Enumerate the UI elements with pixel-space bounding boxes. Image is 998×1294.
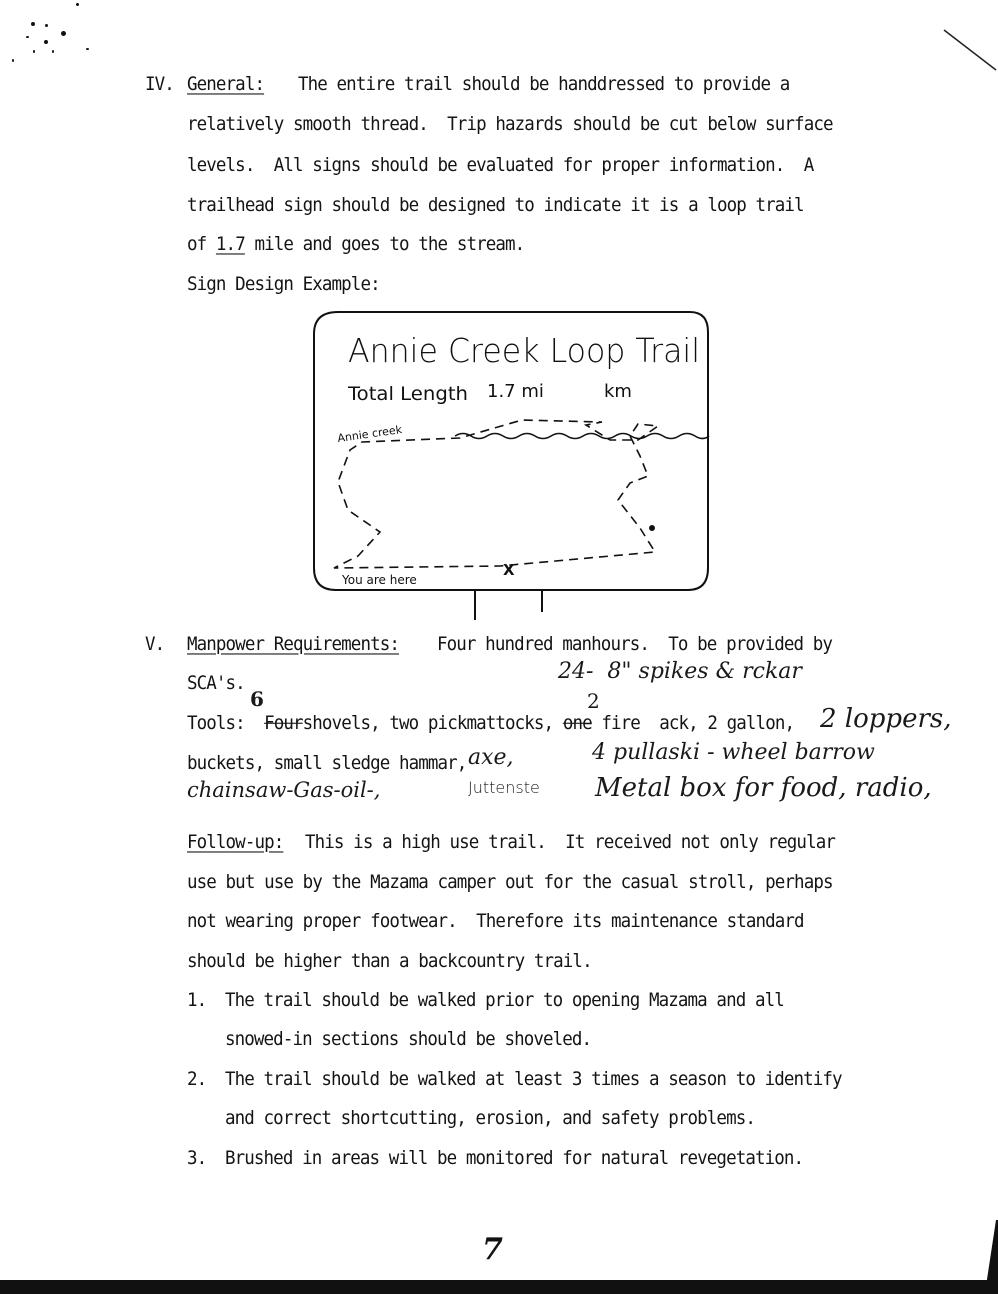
tools-text: shovels, two pickmattocks,: [303, 713, 563, 735]
tools-text: fire ack, 2 gallon,: [592, 713, 794, 735]
handwritten-pulaski-wheelbarrow: 4 pullaski - wheel barrow: [592, 740, 875, 765]
scan-speck: [33, 50, 35, 53]
scan-speck: [26, 36, 29, 38]
tools-line: Tools: Fourshovels, two pickmattocks, on…: [187, 713, 794, 735]
section-iv-line: The entire trail should be handdressed t…: [298, 74, 789, 96]
section-v-heading: Manpower Requirements:: [187, 634, 399, 656]
tools-struck-one: one: [563, 713, 592, 735]
scan-speck: [12, 59, 14, 62]
trail-length-value: 1.7: [216, 234, 245, 256]
follow-up-line: not wearing proper footwear. Therefore i…: [187, 911, 804, 933]
section-iv-line: levels. All signs should be evaluated fo…: [187, 155, 813, 177]
tools-line-2: buckets, small sledge hammar,: [187, 753, 466, 775]
section-v-line: Four hundred manhours. To be provided by: [437, 634, 832, 656]
scan-speck: [31, 22, 35, 26]
loop-trail-path: [334, 420, 658, 568]
section-iv-last-line: of 1.7 mile and goes to the stream.: [187, 234, 524, 256]
scan-speck: [76, 3, 79, 6]
scan-speck: [44, 40, 48, 44]
sign-title: Annie Creek Loop Trail: [348, 331, 700, 370]
section-v-numeral: V.: [145, 634, 164, 656]
sign-length-label: Total Length: [347, 383, 468, 405]
tools-struck-four: Four: [264, 713, 303, 735]
page-number: 7: [482, 1232, 503, 1267]
follow-up-line: should be higher than a backcountry trai…: [187, 951, 592, 973]
list-item-number: 1.: [187, 990, 206, 1012]
list-item: snowed-in sections should be shoveled.: [225, 1029, 591, 1051]
list-item-number: 3.: [187, 1148, 206, 1170]
sign-length-unit-alt: km: [604, 381, 632, 402]
list-item: and correct shortcutting, erosion, and s…: [225, 1108, 755, 1130]
handwritten-six: 6: [250, 687, 264, 711]
list-item-number: 2.: [187, 1069, 206, 1091]
you-are-here-marker: X: [503, 561, 515, 579]
section-iv-numeral: IV.: [145, 74, 174, 96]
handwritten-jutte: Juttenste: [468, 778, 540, 797]
follow-up-heading: Follow-up:: [187, 832, 283, 854]
scan-speck: [45, 24, 48, 27]
follow-up-line: use but use by the Mazama camper out for…: [187, 872, 833, 894]
you-are-here-label: You are here: [341, 573, 417, 587]
handwritten-spikes-note: 24- 8" spikes & rckar: [558, 659, 802, 684]
scan-bottom-edge: [0, 1280, 998, 1294]
scan-speck: [86, 48, 89, 50]
handwritten-two: 2: [587, 689, 600, 713]
handwritten-chainsaw: chainsaw-Gas-oil-,: [187, 778, 380, 802]
list-item: The trail should be walked at least 3 ti…: [225, 1069, 842, 1091]
sign-design-label: Sign Design Example:: [187, 274, 380, 296]
sign-length-value: 1.7 mi: [487, 381, 544, 402]
scan-speck: [52, 50, 54, 53]
section-v-line: SCA's.: [187, 673, 245, 695]
last-line-prefix: of: [187, 234, 216, 256]
section-iv-line: relatively smooth thread. Trip hazards s…: [187, 114, 833, 136]
handwritten-loppers: 2 loppers,: [820, 704, 952, 734]
creek-line: [455, 434, 709, 439]
section-iv-heading: General:: [187, 74, 264, 96]
list-item: Brushed in areas will be monitored for n…: [225, 1148, 803, 1170]
sign-dot: [649, 525, 655, 531]
last-line-suffix: mile and goes to the stream.: [245, 234, 524, 256]
sign-drawing: Annie Creek Loop Trail Total Length 1.7 …: [300, 300, 730, 630]
handwritten-axe: axe,: [468, 745, 514, 770]
follow-up-line: This is a high use trail. It received no…: [305, 832, 835, 854]
section-iv-line: trailhead sign should be designed to ind…: [187, 195, 804, 217]
tools-label: Tools:: [187, 713, 245, 735]
scan-mark-line: [940, 20, 998, 80]
handwritten-metal-box: Metal box for food, radio,: [595, 773, 932, 803]
scan-speck: [61, 31, 66, 36]
list-item: The trail should be walked prior to open…: [225, 990, 784, 1012]
